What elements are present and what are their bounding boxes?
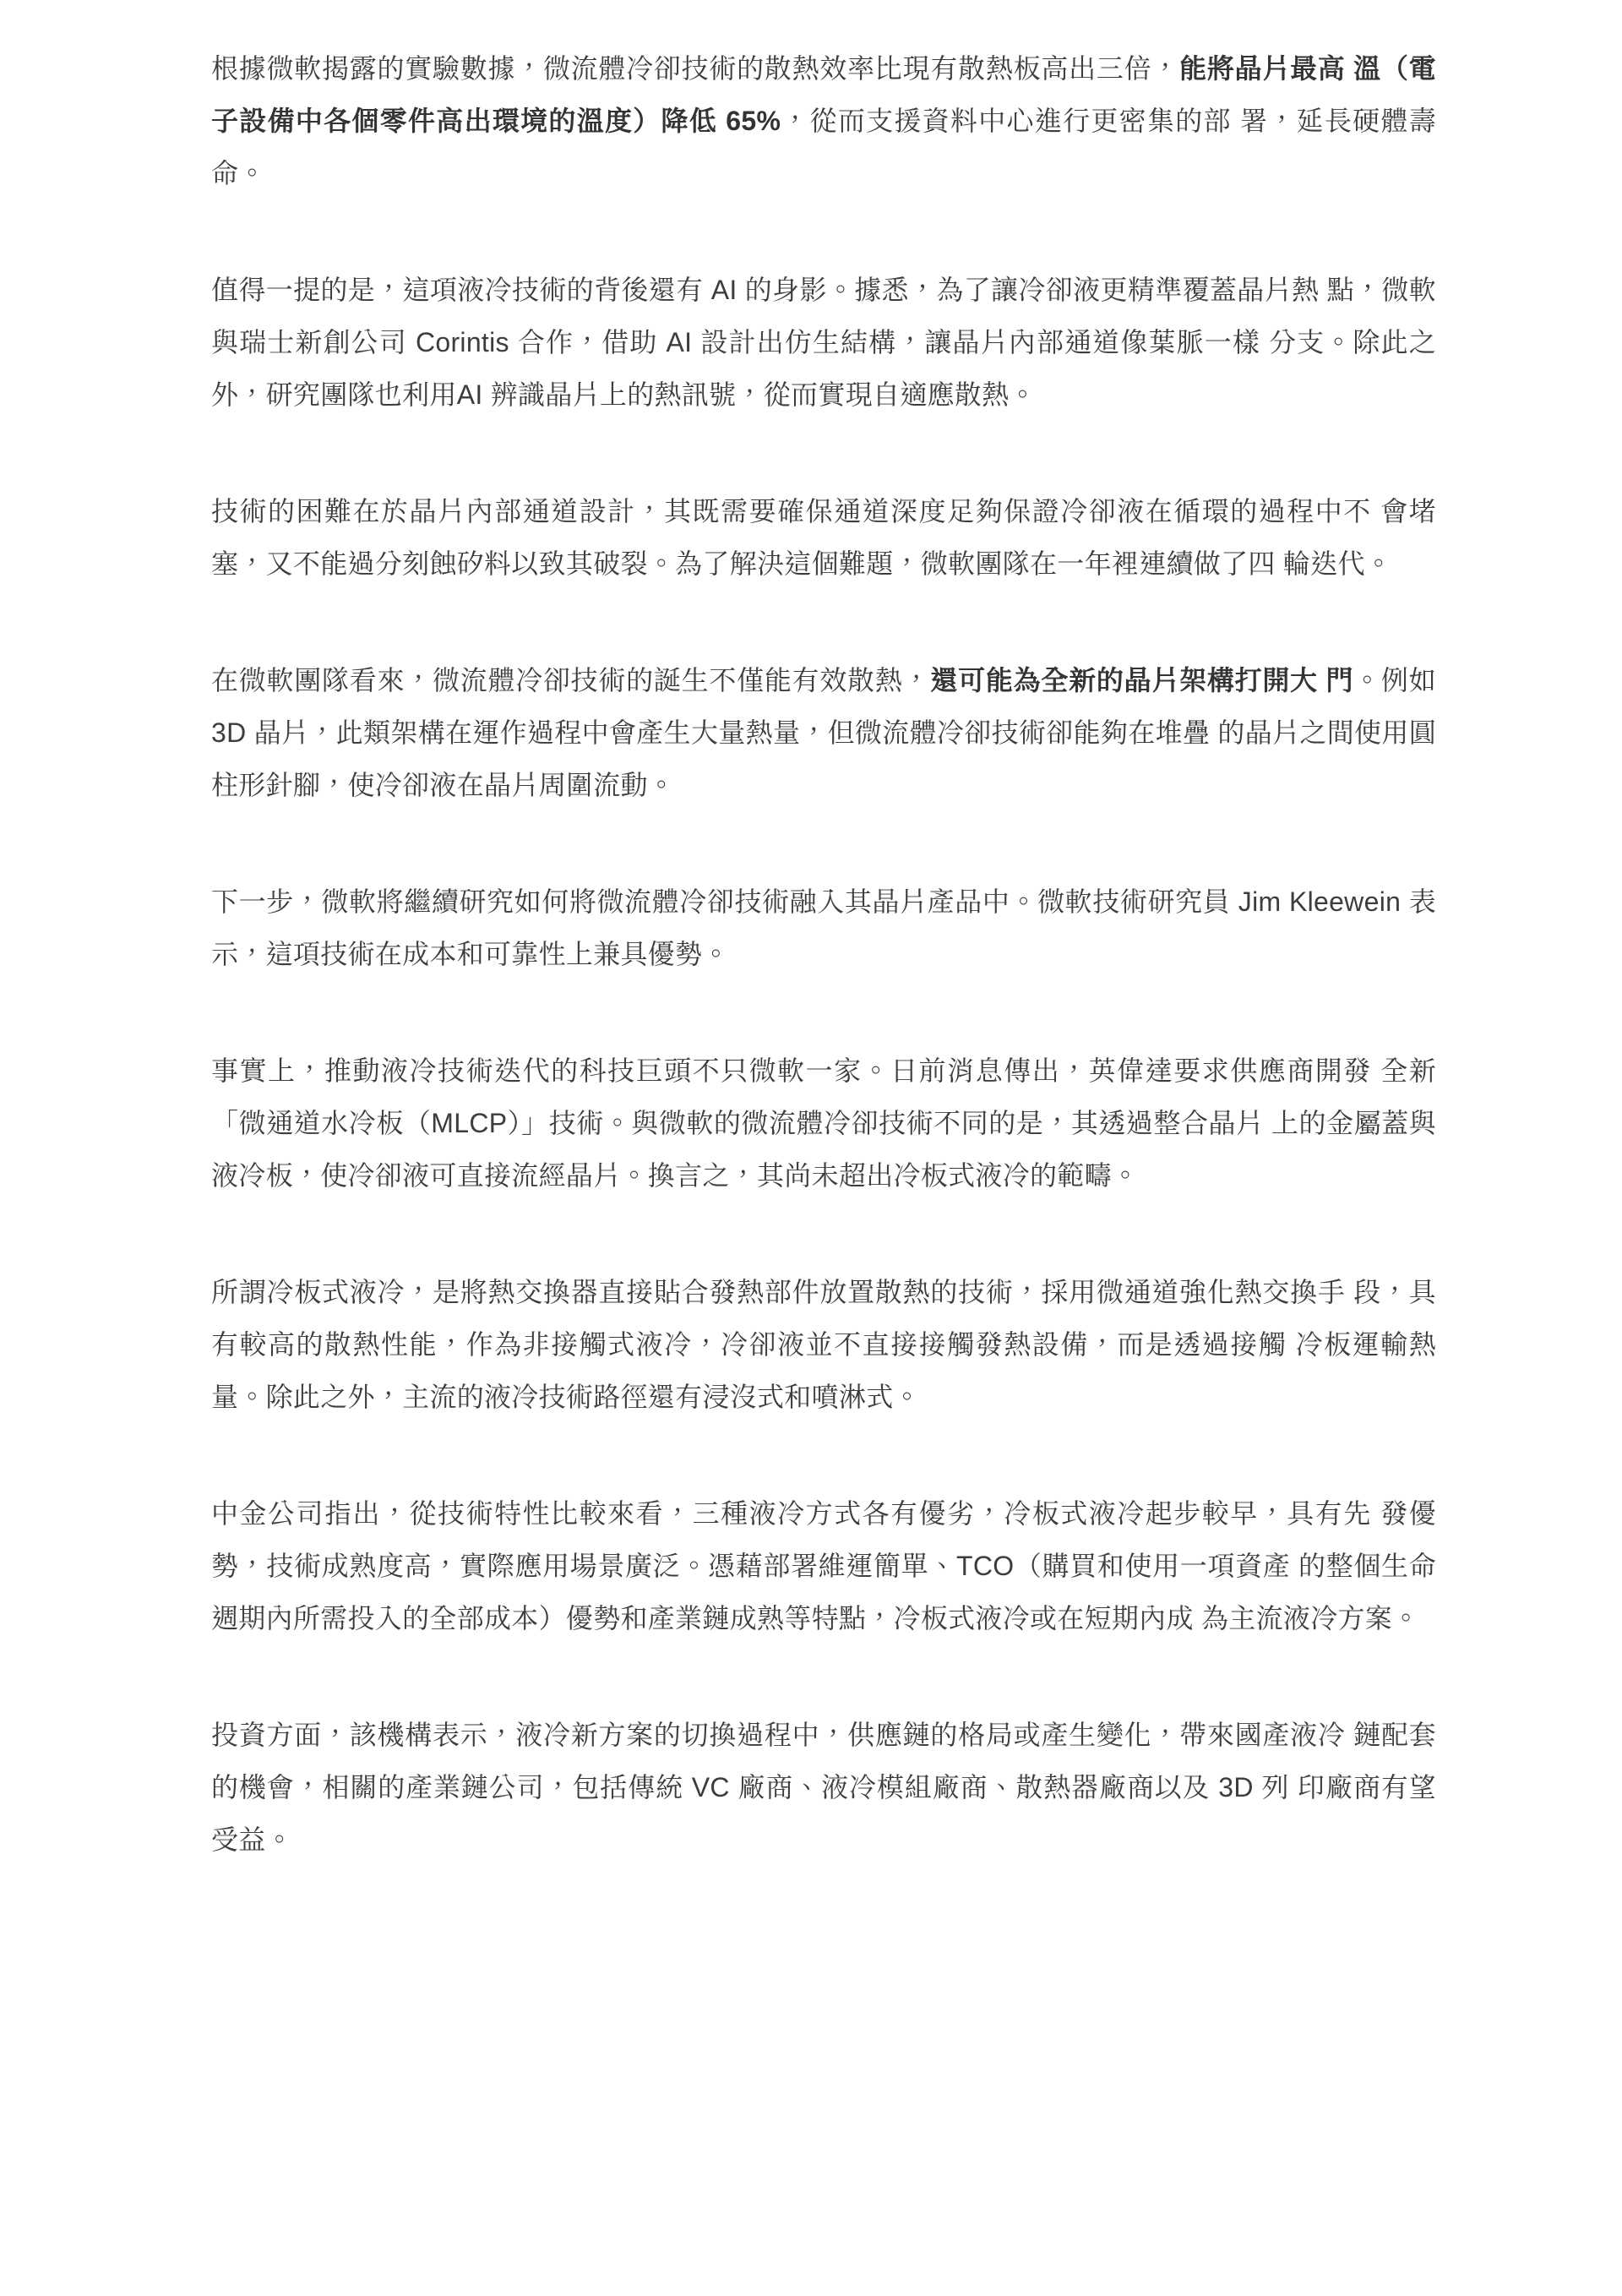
document-page: { "page": { "background": "#ffffff", "te… [0,0,1622,2296]
paragraph-text: 投資方面，該機構表示，液冷新方案的切換過程中，供應鏈的格局或產生變化，帶來國產液… [211,1720,1436,1855]
paragraph: 下一步，微軟將繼續研究如何將微流體冷卻技術融入其晶片產品中。微軟技術研究員 Ji… [211,875,1436,980]
paragraph-text: 技術的困難在於晶片內部通道設計，其既需要確保通道深度足夠保證冷卻液在循環的過程中… [211,496,1436,579]
paragraph-text: 在微軟團隊看來，微流體冷卻技術的誕生不僅能有效散熱， [211,665,930,695]
paragraph-text: 中金公司指出，從技術特性比較來看，三種液冷方式各有優劣，冷板式液冷起步較早，具有… [211,1498,1436,1633]
paragraph-text: 事實上，推動液冷技術迭代的科技巨頭不只微軟一家。日前消息傳出，英偉達要求供應商開… [211,1055,1436,1191]
paragraph-text: 值得一提的是，這項液冷技術的背後還有 AI 的身影。據悉，為了讓冷卻液更精準覆蓋… [211,275,1436,410]
paragraph: 所謂冷板式液冷，是將熱交換器直接貼合發熱部件放置散熱的技術，採用微通道強化熱交換… [211,1266,1436,1423]
paragraph: 投資方面，該機構表示，液冷新方案的切換過程中，供應鏈的格局或產生變化，帶來國產液… [211,1709,1436,1866]
paragraph-text: 所謂冷板式液冷，是將熱交換器直接貼合發熱部件放置散熱的技術，採用微通道強化熱交換… [211,1277,1436,1412]
paragraph: 事實上，推動液冷技術迭代的科技巨頭不只微軟一家。日前消息傳出，英偉達要求供應商開… [211,1044,1436,1202]
paragraph-text: 下一步，微軟將繼續研究如何將微流體冷卻技術融入其晶片產品中。微軟技術研究員 Ji… [211,886,1436,969]
paragraph: 中金公司指出，從技術特性比較來看，三種液冷方式各有優劣，冷板式液冷起步較早，具有… [211,1487,1436,1644]
paragraph: 根據微軟揭露的實驗數據，微流體冷卻技術的散熱效率比現有散熱板高出三倍，能將晶片最… [211,42,1436,199]
paragraph-text: 根據微軟揭露的實驗數據，微流體冷卻技術的散熱效率比現有散熱板高出三倍， [211,53,1179,84]
paragraph-bold-text: 還可能為全新的晶片架構打開大 門 [930,665,1353,695]
paragraph: 在微軟團隊看來，微流體冷卻技術的誕生不僅能有效散熱，還可能為全新的晶片架構打開大… [211,654,1436,811]
paragraph: 技術的困難在於晶片內部通道設計，其既需要確保通道深度足夠保證冷卻液在循環的過程中… [211,485,1436,590]
article-body: 根據微軟揭露的實驗數據，微流體冷卻技術的散熱效率比現有散熱板高出三倍，能將晶片最… [211,42,1436,1866]
paragraph: 值得一提的是，這項液冷技術的背後還有 AI 的身影。據悉，為了讓冷卻液更精準覆蓋… [211,264,1436,421]
